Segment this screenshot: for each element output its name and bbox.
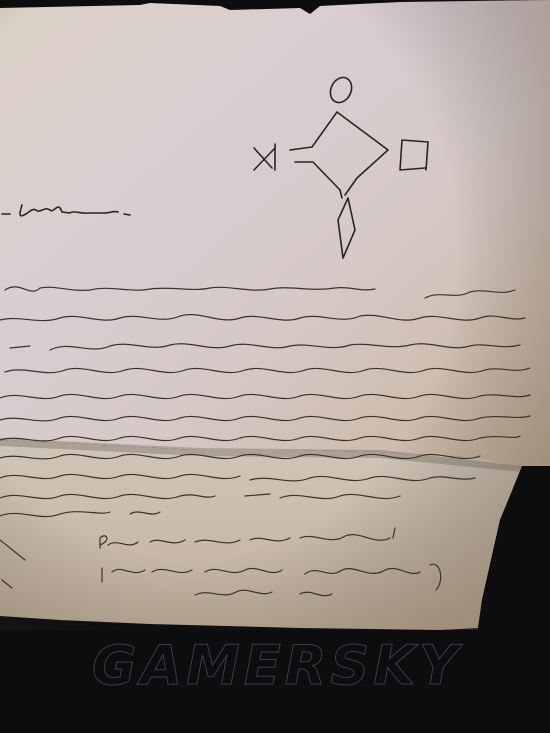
watermark: GAMERSKY	[92, 636, 532, 696]
circle-glyph-icon	[326, 74, 355, 106]
handwriting-scribbles	[0, 180, 550, 620]
square-glyph-icon	[400, 140, 428, 170]
x-glyph-icon	[254, 144, 275, 170]
photo: Batchel. St Paul's, Stoke comes if in er…	[0, 0, 550, 733]
